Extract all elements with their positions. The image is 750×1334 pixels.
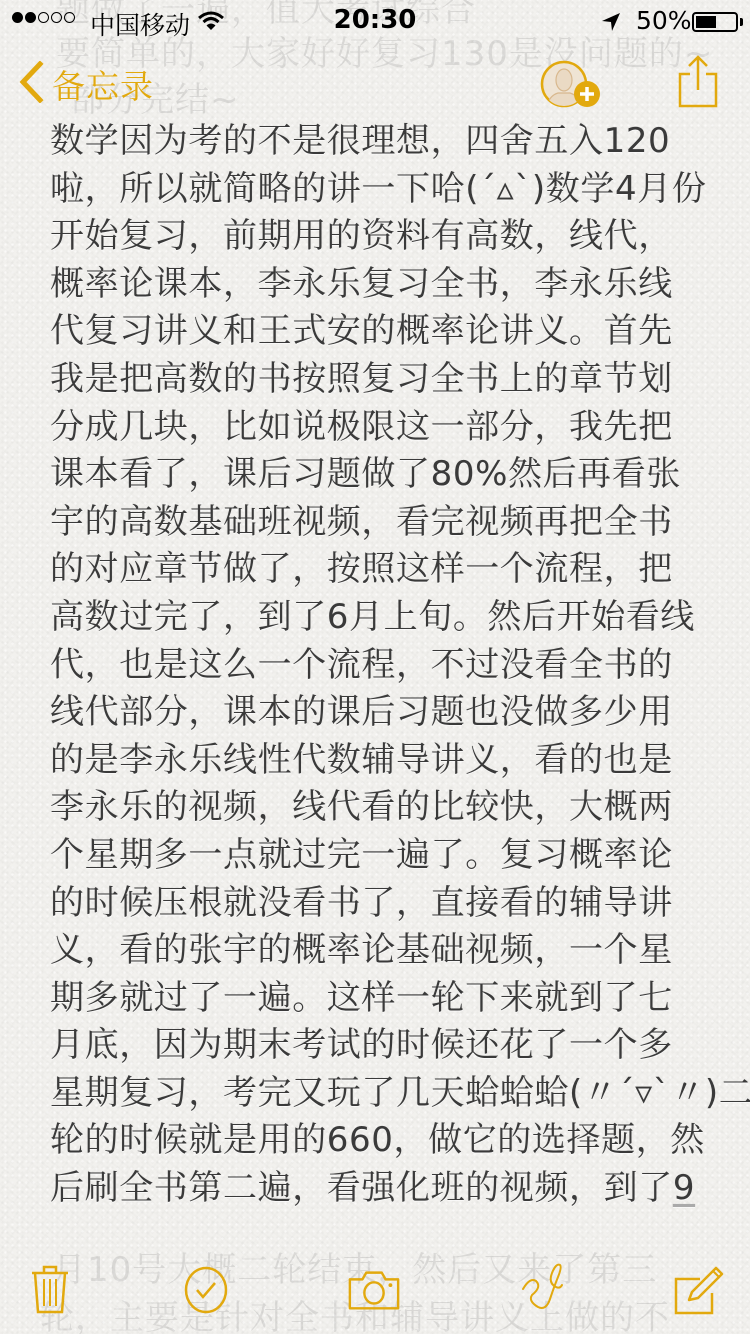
- note-line: 的时候压根就没看书了，直接看的辅导讲: [50, 880, 710, 928]
- sketch-button[interactable]: [515, 1262, 571, 1318]
- note-line: 李永乐的视频，线代看的比较快，大概两: [50, 784, 710, 832]
- note-line: 义，看的张宇的概率论基础视频，一个星: [50, 927, 710, 975]
- share-icon: [676, 54, 720, 110]
- compose-button[interactable]: [672, 1262, 728, 1318]
- chevron-left-icon: [18, 61, 44, 107]
- note-line: 的对应章节做了，按照这样一个流程，把: [50, 546, 710, 594]
- camera-button[interactable]: [346, 1262, 402, 1318]
- add-person-icon: [540, 58, 612, 112]
- note-line: 星期复习，考完又玩了几天蛤蛤蛤(〃ˊ▿ˋ〃)二: [50, 1070, 710, 1118]
- note-line: 代复习讲义和王式安的概率论讲义。首先: [50, 308, 710, 356]
- note-line: 月底，因为期末考试的时候还花了一个多: [50, 1022, 710, 1070]
- note-line: 啦，所以就简略的讲一下哈(ˊ▵ˋ)数学4月份: [50, 166, 710, 214]
- note-line: 开始复习，前期用的资料有高数，线代，: [50, 213, 710, 261]
- delete-button[interactable]: [22, 1262, 78, 1318]
- camera-icon: [346, 1267, 402, 1313]
- note-line: 的是李永乐线性代数辅导讲义，看的也是: [50, 737, 710, 785]
- note-line: 个星期多一点就过完一遍了。复习概率论: [50, 832, 710, 880]
- share-button[interactable]: [676, 54, 720, 110]
- back-button-label: 备忘录: [52, 61, 154, 108]
- note-line: 线代部分，课本的课后习题也没做多少用: [50, 689, 710, 737]
- note-content[interactable]: 数学因为考的不是很理想，四舍五入120 啦，所以就简略的讲一下哈(ˊ▵ˋ)数学4…: [50, 118, 710, 1213]
- back-button[interactable]: 备忘录: [18, 58, 154, 110]
- note-line: 分成几块，比如说极限这一部分，我先把: [50, 404, 710, 452]
- date-link[interactable]: 9: [673, 1168, 695, 1208]
- note-line: 后刷全书第二遍，看强化班的视频，到了9: [50, 1165, 710, 1213]
- note-line: 高数过完了，到了6月上旬。然后开始看线: [50, 594, 710, 642]
- status-bar: 中国移动 20:30 50%: [0, 0, 750, 40]
- add-person-button[interactable]: [540, 58, 612, 110]
- compose-icon: [672, 1263, 728, 1317]
- checkmark-circle-icon: [182, 1266, 230, 1314]
- battery-percent: 50%: [636, 6, 692, 35]
- location-arrow-icon: [600, 10, 622, 39]
- note-line: 概率论课本，李永乐复习全书，李永乐线: [50, 261, 710, 309]
- note-line: 数学因为考的不是很理想，四舍五入120: [50, 118, 710, 166]
- note-line: 轮的时候就是用的660，做它的选择题，然: [50, 1117, 710, 1165]
- note-line: 期多就过了一遍。这样一轮下来就到了七: [50, 975, 710, 1023]
- checklist-button[interactable]: [178, 1262, 234, 1318]
- note-line: 宇的高数基础班视频，看完视频再把全书: [50, 499, 710, 547]
- battery-icon: [692, 12, 738, 32]
- note-line: 我是把高数的书按照复习全书上的章节划: [50, 356, 710, 404]
- note-line: 代，也是这么一个流程，不过没看全书的: [50, 642, 710, 690]
- squiggle-icon: [520, 1261, 566, 1319]
- note-line: 课本看了，课后习题做了80%然后再看张: [50, 451, 710, 499]
- trash-icon: [30, 1264, 70, 1316]
